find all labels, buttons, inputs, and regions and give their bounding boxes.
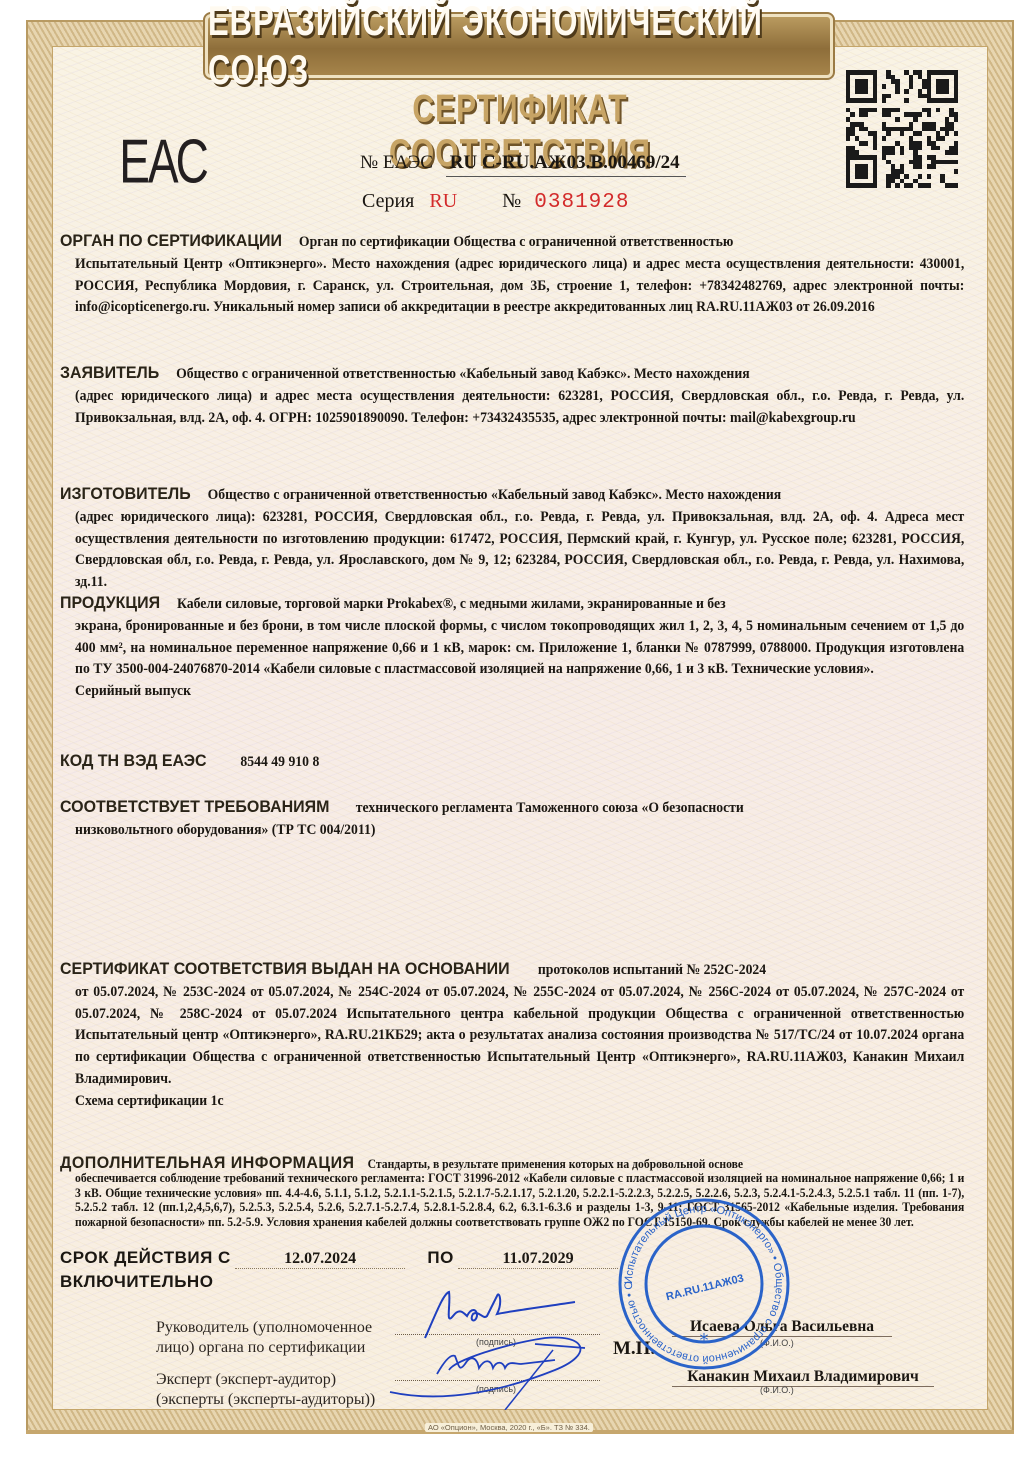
validity-to-date: 11.07.2029	[458, 1250, 618, 1269]
section-text: (адрес юридического лица): 623281, РОССИ…	[60, 507, 964, 594]
validity-from-date: 12.07.2024	[235, 1250, 405, 1269]
validity-inclusive: ВКЛЮЧИТЕЛЬНО	[60, 1272, 213, 1292]
series-line: Серия RU № 0381928	[362, 190, 629, 214]
registration-number: RU C-RU.АЖ03.В.00469/24	[446, 152, 686, 177]
section-text: обеспечивается соблюдение требований тех…	[60, 1171, 964, 1229]
validity-from-label: СРОК ДЕЙСТВИЯ С	[60, 1248, 231, 1267]
section-applicant: ЗАЯВИТЕЛЬОбщество с ограниченной ответст…	[60, 362, 964, 429]
qr-code-icon	[846, 70, 958, 188]
section-heading: СЕРТИФИКАТ СООТВЕТСТВИЯ ВЫДАН НА ОСНОВАН…	[60, 959, 510, 978]
expert-name: Канакин Михаил Владимирович	[672, 1368, 934, 1387]
section-text: Испытательный Центр «Оптикэнерго». Место…	[60, 254, 964, 319]
section-text: низковольтного оборудования» (ТР ТС 004/…	[60, 820, 964, 842]
section-hs-code: КОД ТН ВЭД ЕАЭС8544 49 910 8	[60, 750, 964, 774]
section-text: от 05.07.2024, № 253С-2024 от 05.07.2024…	[60, 982, 964, 1091]
name-caption: (Ф.И.О.)	[760, 1385, 794, 1395]
section-heading: ЗАЯВИТЕЛЬ	[60, 363, 159, 382]
section-text: Стандарты, в результате применения котор…	[368, 1157, 743, 1171]
section-text: Орган по сертификации Общества с огранич…	[299, 234, 733, 250]
section-heading: ПРОДУКЦИЯ	[60, 593, 160, 612]
section-text: протоколов испытаний № 252С-2024	[538, 962, 766, 978]
section-text: Общество с ограниченной ответственностью…	[208, 487, 782, 503]
section-heading: ДОПОЛНИТЕЛЬНАЯ ИНФОРМАЦИЯ	[60, 1153, 354, 1172]
section-conforms: СООТВЕТСТВУЕТ ТРЕБОВАНИЯМтехнического ре…	[60, 796, 964, 842]
signature-caption: (подпись)	[476, 1384, 516, 1394]
series-label: Серия	[362, 190, 414, 212]
head-signature-line	[395, 1334, 600, 1335]
section-manufacturer: ИЗГОТОВИТЕЛЬОбщество с ограниченной отве…	[60, 483, 964, 594]
section-certification-body: ОРГАН ПО СЕРТИФИКАЦИИОрган по сертификац…	[60, 230, 964, 319]
stamp-place-mark: М.П.	[613, 1338, 655, 1360]
section-heading: ОРГАН ПО СЕРТИФИКАЦИИ	[60, 231, 282, 250]
head-name: Исаева Ольга Васильевна	[672, 1318, 892, 1337]
section-heading: КОД ТН ВЭД ЕАЭС	[60, 751, 207, 770]
section-text: технического регламента Таможенного союз…	[356, 800, 744, 816]
printer-imprint: АО «Опцион», Москва, 2020 г., «Б». ТЗ № …	[425, 1423, 593, 1432]
certification-scheme: Схема сертификации 1с	[60, 1091, 964, 1113]
expert-signatory-label: Эксперт (эксперт-аудитор) (эксперты (экс…	[156, 1370, 375, 1410]
section-heading: СООТВЕТСТВУЕТ ТРЕБОВАНИЯМ	[60, 797, 329, 816]
registration-number-line: № ЕАЭС RU C-RU.АЖ03.В.00469/24	[360, 152, 686, 177]
expert-signature-line	[395, 1380, 600, 1381]
section-text: экрана, бронированные и без брони, в том…	[60, 616, 964, 681]
signature-caption: (подпись)	[476, 1337, 516, 1347]
section-product: ПРОДУКЦИЯКабели силовые, торговой марки …	[60, 592, 964, 703]
eac-logo-icon: ЕАС	[130, 116, 196, 205]
blank-number-label: №	[502, 190, 521, 212]
section-additional-info: ДОПОЛНИТЕЛЬНАЯ ИНФОРМАЦИЯСтандарты, в ре…	[60, 1156, 964, 1229]
name-caption: (Ф.И.О.)	[760, 1338, 794, 1348]
union-banner: ЕВРАЗИЙСКИЙ ЭКОНОМИЧЕСКИЙ СОЮЗ	[205, 14, 833, 78]
series-value: RU	[429, 190, 457, 212]
validity-to-label: ПО	[427, 1248, 453, 1267]
section-text: Кабели силовые, торговой марки Prokabex®…	[177, 596, 726, 612]
head-signatory-label: Руководитель (уполномоченное лицо) орган…	[156, 1318, 372, 1358]
hs-code-value: 8544 49 910 8	[240, 754, 319, 770]
section-text: Общество с ограниченной ответственностью…	[176, 366, 750, 382]
validity-period: СРОК ДЕЙСТВИЯ С 12.07.2024 ПО 11.07.2029	[60, 1248, 618, 1269]
blank-number: 0381928	[534, 191, 629, 214]
release-type: Серийный выпуск	[60, 681, 964, 703]
section-issue-basis: СЕРТИФИКАТ СООТВЕТСТВИЯ ВЫДАН НА ОСНОВАН…	[60, 958, 964, 1113]
section-heading: ИЗГОТОВИТЕЛЬ	[60, 484, 191, 503]
section-text: (адрес юридического лица) и адрес места …	[60, 386, 964, 430]
registration-label: № ЕАЭС	[360, 152, 433, 173]
union-banner-text: ЕВРАЗИЙСКИЙ ЭКОНОМИЧЕСКИЙ СОЮЗ	[208, 0, 830, 95]
